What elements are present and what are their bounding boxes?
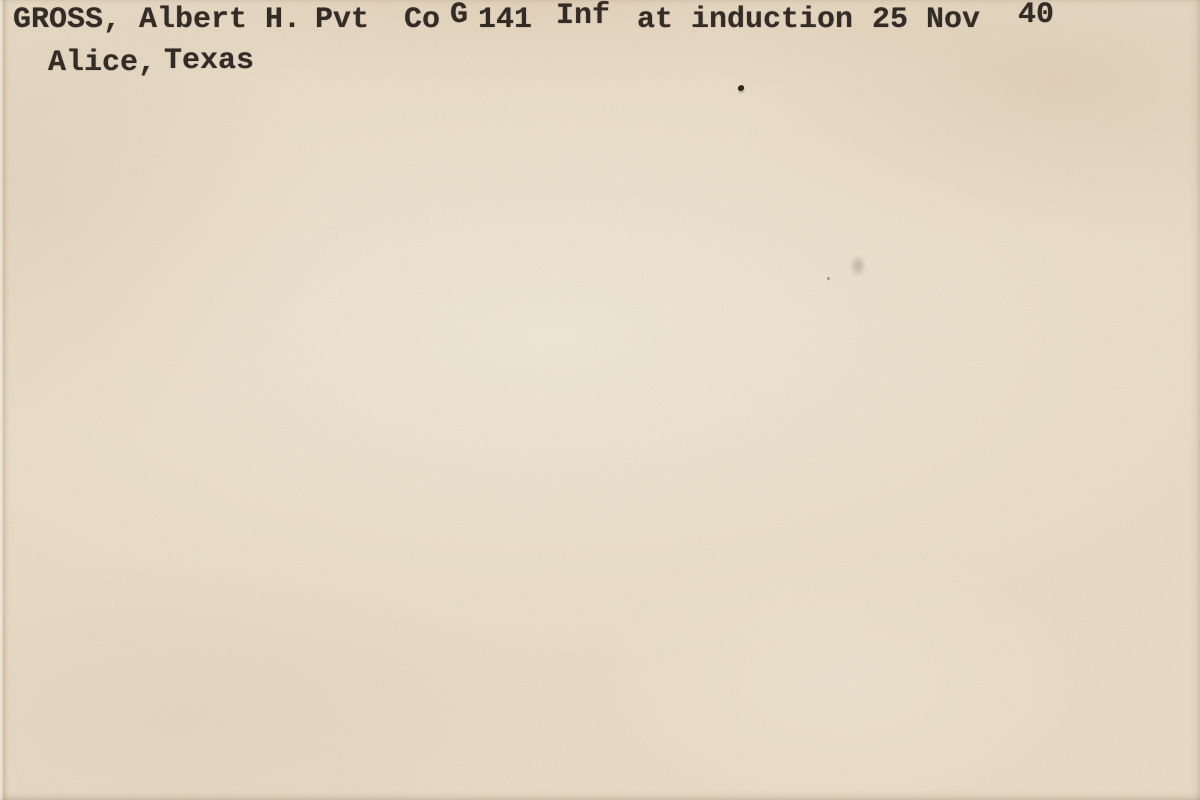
tiny-paper-speck	[827, 277, 830, 280]
branch-abbrev: Inf	[556, 1, 610, 31]
rank: Pvt	[315, 5, 369, 35]
date-year: 40	[1018, 0, 1054, 30]
paper-grain-texture	[0, 0, 1200, 800]
soldier-name: GROSS, Albert H.	[13, 5, 301, 35]
ink-speck	[737, 84, 745, 92]
index-card: GROSS, Albert H. Pvt Co G 141 Inf at ind…	[0, 0, 1200, 800]
date-day-month: 25 Nov	[872, 5, 980, 35]
hometown-city: Alice,	[48, 48, 156, 78]
event-note: at induction	[637, 5, 853, 35]
hometown-state: Texas	[164, 46, 254, 76]
company-letter: G	[450, 0, 468, 30]
company-label: Co	[404, 5, 440, 35]
regiment-number: 141	[478, 5, 532, 35]
paper-smudge	[846, 250, 870, 282]
